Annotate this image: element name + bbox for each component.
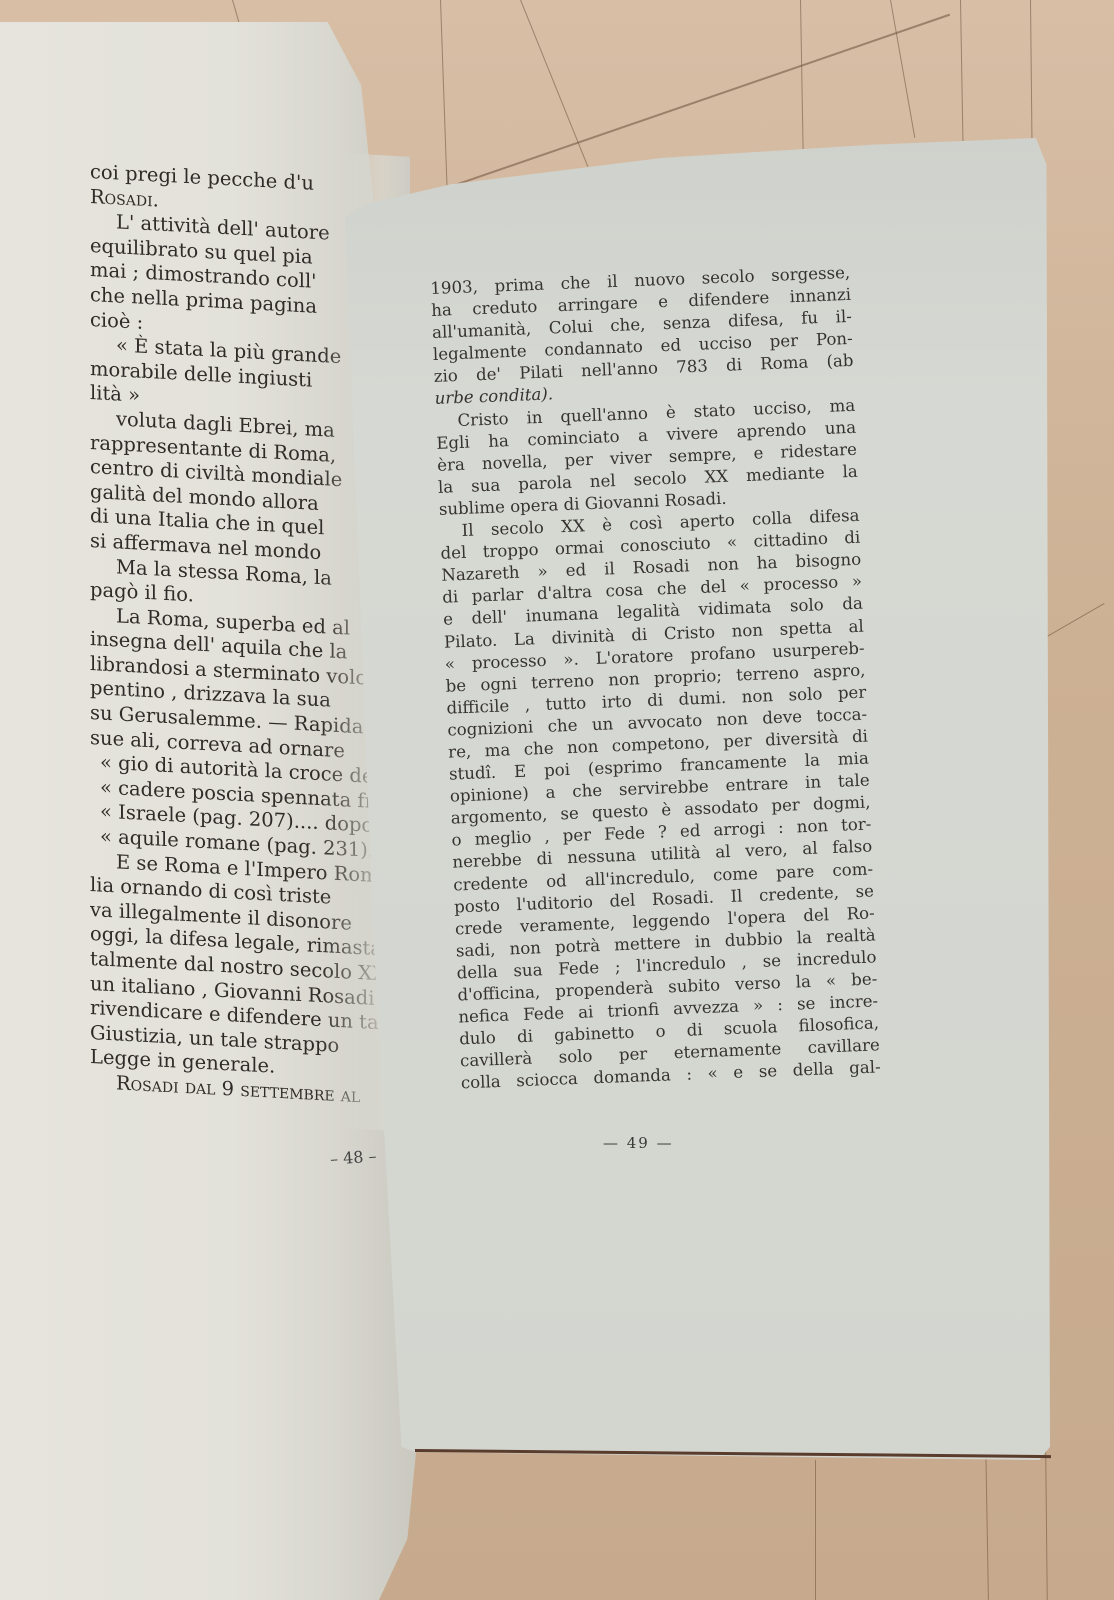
right-page-text: 1903, prima che il nuovo secolo sorgesse… xyxy=(430,262,881,1095)
table-scratch xyxy=(815,1460,816,1600)
left-page-text: coi pregi le pecche d'u Rosadi. L' attiv… xyxy=(90,160,390,1110)
left-page-number: – 48 – xyxy=(329,1146,377,1168)
right-page-number: — 49 — xyxy=(603,1134,674,1152)
